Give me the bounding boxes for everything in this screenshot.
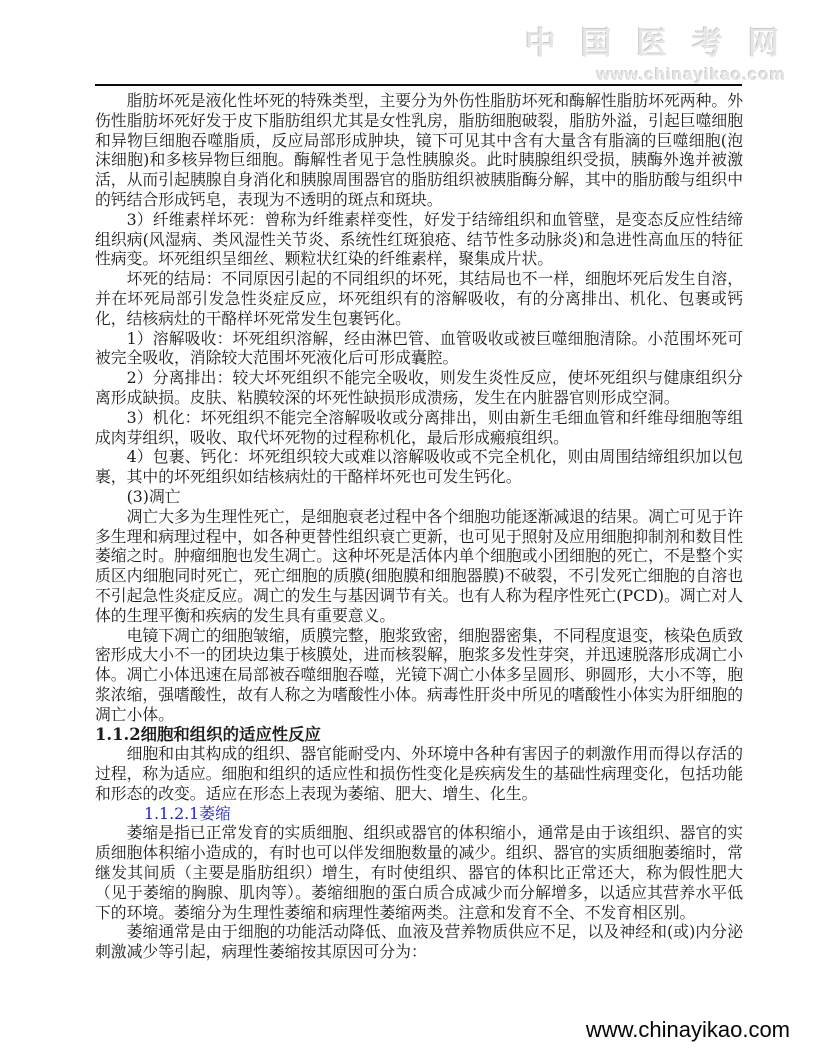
header-rule (95, 84, 742, 86)
watermark-logo-text: 中 国 医 考 网 (525, 18, 786, 63)
paragraph: 萎缩通常是由于细胞的功能活动降低、血液及营养物质供应不足，以及神经和(或)内分泌… (95, 922, 743, 962)
paragraph: 3）纤维素样坏死：曾称为纤维素样变性，好发于结缔组织和血管壁，是变态反应性结缔组… (95, 210, 743, 269)
paragraph: 坏死的结局：不同原因引起的不同组织的坏死，其结局也不一样，细胞坏死后发生自溶，并… (95, 269, 743, 328)
document-page: 中 国 医 考 网 www.chinayikao.com 脂肪坏死是液化性坏死的… (0, 0, 816, 1056)
paragraph: 1）溶解吸收：坏死组织溶解，经由淋巴管、血管吸收或被巨噬细胞清除。小范围坏死可被… (95, 329, 743, 369)
paragraph: 4）包裹、钙化：坏死组织较大或难以溶解吸收或不完全机化，则由周围结缔组织加以包裹… (95, 447, 743, 487)
heading-blue: 1.1.2.1萎缩 (95, 804, 743, 824)
site-watermark: 中 国 医 考 网 www.chinayikao.com (525, 18, 786, 85)
paragraph: 萎缩是指已正常发育的实质细胞、组织或器官的体积缩小，通常是由于该组织、器官的实质… (95, 823, 743, 922)
heading-bold: 1.1.2细胞和组织的适应性反应 (95, 725, 743, 745)
paragraph: 脂肪坏死是液化性坏死的特殊类型，主要分为外伤性脂肪坏死和酶解性脂肪坏死两种。外伤… (95, 91, 743, 210)
paragraph: (3)凋亡 (95, 487, 743, 507)
paragraph: 凋亡大多为生理性死亡，是细胞衰老过程中各个细胞功能逐渐减退的结果。凋亡可见于许多… (95, 507, 743, 626)
paragraph: 细胞和由其构成的组织、器官能耐受内、外环境中各种有害因子的刺激作用而得以存活的过… (95, 744, 743, 803)
watermark-url-text: www.chinayikao.com (525, 65, 786, 85)
paragraph: 电镜下凋亡的细胞皱缩，质膜完整，胞浆致密，细胞器密集，不同程度退变，核染色质致密… (95, 626, 743, 725)
footer-url-text: www.chinayikao.com (586, 1017, 790, 1043)
paragraph: 3）机化：坏死组织不能完全溶解吸收或分离排出，则由新生毛细血管和纤维母细胞等组成… (95, 408, 743, 448)
paragraph: 2）分离排出：较大坏死组织不能完全吸收，则发生炎性反应，使坏死组织与健康组织分离… (95, 368, 743, 408)
document-content: 脂肪坏死是液化性坏死的特殊类型，主要分为外伤性脂肪坏死和酶解性脂肪坏死两种。外伤… (95, 91, 743, 962)
